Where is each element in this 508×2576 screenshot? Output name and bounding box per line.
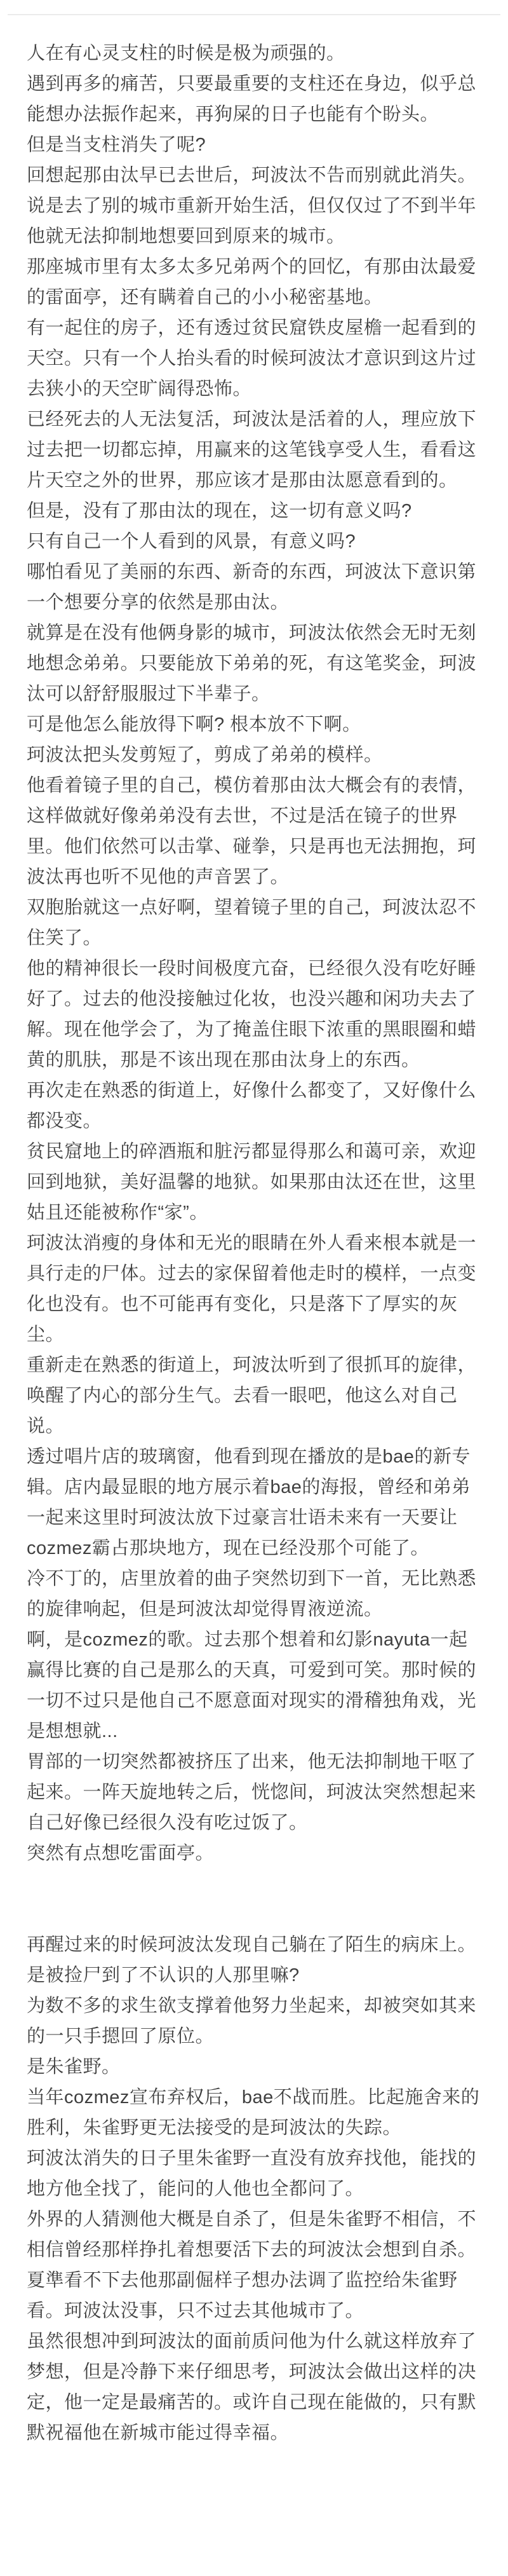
paragraph: 再次走在熟悉的街道上，好像什么都变了，又好像什么都没变。 <box>27 1075 481 1136</box>
paragraph: 他的精神很长一段时间极度亢奋，已经很久没有吃好睡好了。过去的他没接触过化妆，也没… <box>27 953 481 1075</box>
paragraph: 外界的人猜测他大概是自杀了，但是朱雀野不相信，不相信曾经那样挣扎着想要活下去的珂… <box>27 2204 481 2265</box>
paragraph: 哪怕看见了美丽的东西、新奇的东西，珂波汰下意识第一个想要分享的依然是那由汰。 <box>27 557 481 618</box>
paragraph: 他看着镜子里的自己，模仿着那由汰大概会有的表情，这样做就好像弟弟没有去世，不过是… <box>27 770 481 892</box>
paragraph: 就算是在没有他俩身影的城市，珂波汰依然会无时无刻地想念弟弟。只要能放下弟弟的死，… <box>27 618 481 709</box>
paragraph: 重新走在熟悉的街道上，珂波汰听到了很抓耳的旋律，唤醒了内心的部分生气。去看一眼吧… <box>27 1350 481 1441</box>
paragraph: 双胞胎就这一点好啊，望着镜子里的自己，珂波汰忍不住笑了。 <box>27 892 481 953</box>
paragraph: 啊，是cozmez的歌。过去那个想着和幻影nayuta一起赢得比赛的自己是那么的… <box>27 1625 481 1747</box>
paragraph: 为数不多的求生欲支撑着他努力坐起来，却被突如其来的一只手摁回了原位。 <box>27 1991 481 2052</box>
paragraph: 遇到再多的痛苦，只要最重要的支柱还在身边，似乎总能想办法振作起来，再狗屎的日子也… <box>27 69 481 130</box>
paragraph: 贫民窟地上的碎酒瓶和脏污都显得那么和蔼可亲，欢迎回到地狱，美好温馨的地狱。如果那… <box>27 1136 481 1228</box>
paragraph: 那座城市里有太多太多兄弟两个的回忆，有那由汰最爱的雷面亭，还有瞒着自己的小小秘密… <box>27 252 481 313</box>
paragraph: 有一起住的房子，还有透过贫民窟铁皮屋檐一起看到的天空。只有一个人抬头看的时候珂波… <box>27 313 481 404</box>
paragraph: 当年cozmez宣布弃权后，bae不战而胜。比起施舍来的胜利，朱雀野更无法接受的… <box>27 2082 481 2143</box>
paragraph: 珂波汰把头发剪短了，剪成了弟弟的模样。 <box>27 740 481 770</box>
paragraph: 回想起那由汰早已去世后，珂波汰不告而别就此消失。 <box>27 160 481 191</box>
paragraph: 可是他怎么能放得下啊? 根本放不下啊。 <box>27 709 481 740</box>
paragraph: 夏準看不下去他那副倔样子想办法调了监控给朱雀野看。珂波汰没事，只不过去其他城市了… <box>27 2265 481 2326</box>
paragraph: 但是当支柱消失了呢? <box>27 130 481 160</box>
paragraph: 透过唱片店的玻璃窗，他看到现在播放的是bae的新专辑。店内最显眼的地方展示着ba… <box>27 1441 481 1564</box>
story-section: 人在有心灵支柱的时候是极为顽强的。遇到再多的痛苦，只要最重要的支柱还在身边，似乎… <box>27 38 481 1869</box>
paragraph: 珂波汰消失的日子里朱雀野一直没有放弃找他，能找的地方他全找了，能问的人他也全都问… <box>27 2143 481 2204</box>
paragraph: 突然有点想吃雷面亭。 <box>27 1838 481 1869</box>
paragraph: 但是，没有了那由汰的现在，这一切有意义吗? <box>27 496 481 526</box>
paragraph: 说是去了别的城市重新开始生活，但仅仅过了不到半年他就无法抑制地想要回到原来的城市… <box>27 191 481 252</box>
paragraph: 只有自己一个人看到的风景，有意义吗? <box>27 526 481 557</box>
paragraph: 珂波汰消瘦的身体和无光的眼睛在外人看来根本就是一具行走的尸体。过去的家保留着他走… <box>27 1228 481 1350</box>
article: 人在有心灵支柱的时候是极为顽强的。遇到再多的痛苦，只要最重要的支柱还在身边，似乎… <box>0 15 508 2474</box>
paragraph: 人在有心灵支柱的时候是极为顽强的。 <box>27 38 481 69</box>
story-section: 再醒过来的时候珂波汰发现自己躺在了陌生的病床上。是被捡尸到了不认识的人那里嘛?为… <box>27 1930 481 2448</box>
paragraph: 已经死去的人无法复活，珂波汰是活着的人，理应放下过去把一切都忘掉，用赢来的这笔钱… <box>27 404 481 496</box>
paragraph: 胃部的一切突然都被挤压了出来，他无法抑制地干呕了起来。一阵天旋地转之后，恍惚间，… <box>27 1747 481 1838</box>
paragraph: 再醒过来的时候珂波汰发现自己躺在了陌生的病床上。是被捡尸到了不认识的人那里嘛? <box>27 1930 481 1991</box>
paragraph: 冷不丁的，店里放着的曲子突然切到下一首，无比熟悉的旋律响起，但是珂波汰却觉得胃液… <box>27 1564 481 1625</box>
paragraph: 是朱雀野。 <box>27 2052 481 2082</box>
paragraph: 虽然很想冲到珂波汰的面前质问他为什么就这样放弃了梦想，但是冷静下来仔细思考，珂波… <box>27 2326 481 2448</box>
